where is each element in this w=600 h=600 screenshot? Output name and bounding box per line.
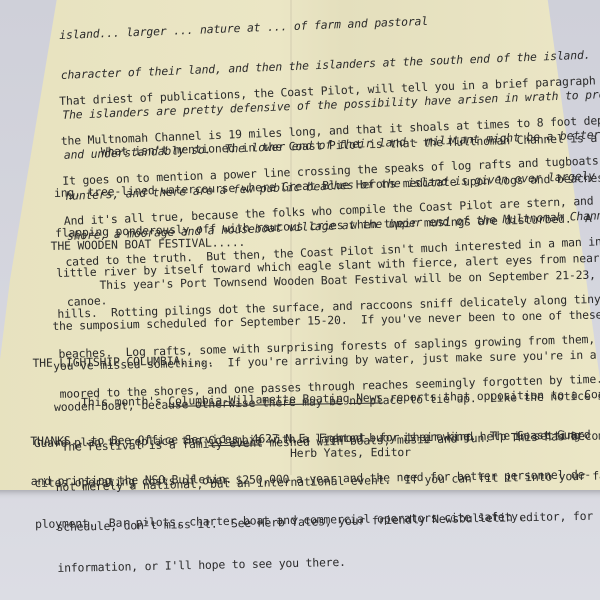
section-heading: THE LIGHTSHIP COLUMBIA..... — [32, 348, 600, 371]
text-line: island... larger ... nature at ... of fa… — [59, 4, 600, 43]
text-line: What isn't mentioned in the Coast Pilot … — [53, 130, 600, 160]
text-line: That driest of publications, the Coast P… — [59, 73, 600, 108]
text-line: ing, tree-lined watercourse where Great … — [54, 171, 600, 201]
text-line: ployment. Bar pilots, charter boat and c… — [35, 508, 600, 531]
text-line: and printing the NSO Bulletin. — [31, 469, 581, 488]
text-line: information, or I'll hope to see you the… — [57, 549, 600, 575]
editor-signature: Herb Yates, Editor — [290, 446, 411, 460]
section-heading: THE WOODEN BOAT FESTIVAL..... — [51, 228, 600, 254]
text-line: This year's Port Townsend Wooden Boat Fe… — [51, 268, 600, 294]
